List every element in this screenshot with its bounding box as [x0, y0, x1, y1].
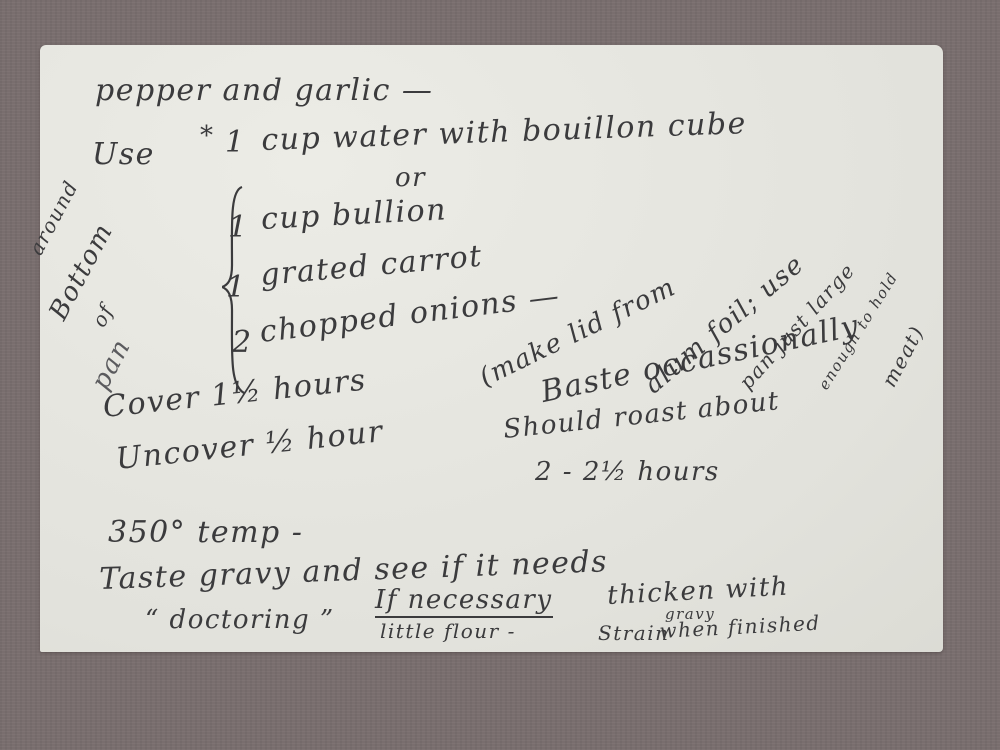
ingredient-2-item: cup bullion	[260, 192, 448, 237]
ingredient-1-item: cup water with bouillon cube	[261, 106, 748, 158]
recipe-card: pepper and garlic — Use * around Bottom …	[40, 45, 943, 652]
side-note-pan: pan	[86, 334, 138, 395]
roast-time: 2 - 2½ hours	[535, 457, 720, 487]
ingredient-4-qty: 2	[232, 325, 253, 360]
use-label: Use	[92, 137, 155, 172]
uncover-line: Uncover ½ hour	[114, 414, 385, 477]
gravy-doctoring: “ doctoring ”	[145, 605, 335, 635]
ingredient-3-qty: 1	[226, 270, 247, 305]
asterisk-mark: *	[200, 121, 215, 151]
ingredient-1-qty: 1	[225, 125, 246, 160]
ingredient-3-item: grated carrot	[259, 239, 484, 293]
gravy-if-necessary: If necessary	[375, 585, 553, 618]
lid-note-5: meat)	[877, 321, 929, 391]
pepper-garlic-line: pepper and garlic —	[95, 73, 433, 108]
or-connector: or	[395, 163, 426, 193]
temp-line: 350° temp -	[108, 515, 303, 550]
side-note-of: of	[87, 300, 119, 331]
gravy-little-flour: little flour -	[380, 619, 516, 643]
side-note-around: around	[24, 176, 83, 259]
ingredient-2-qty: 1	[228, 210, 249, 245]
